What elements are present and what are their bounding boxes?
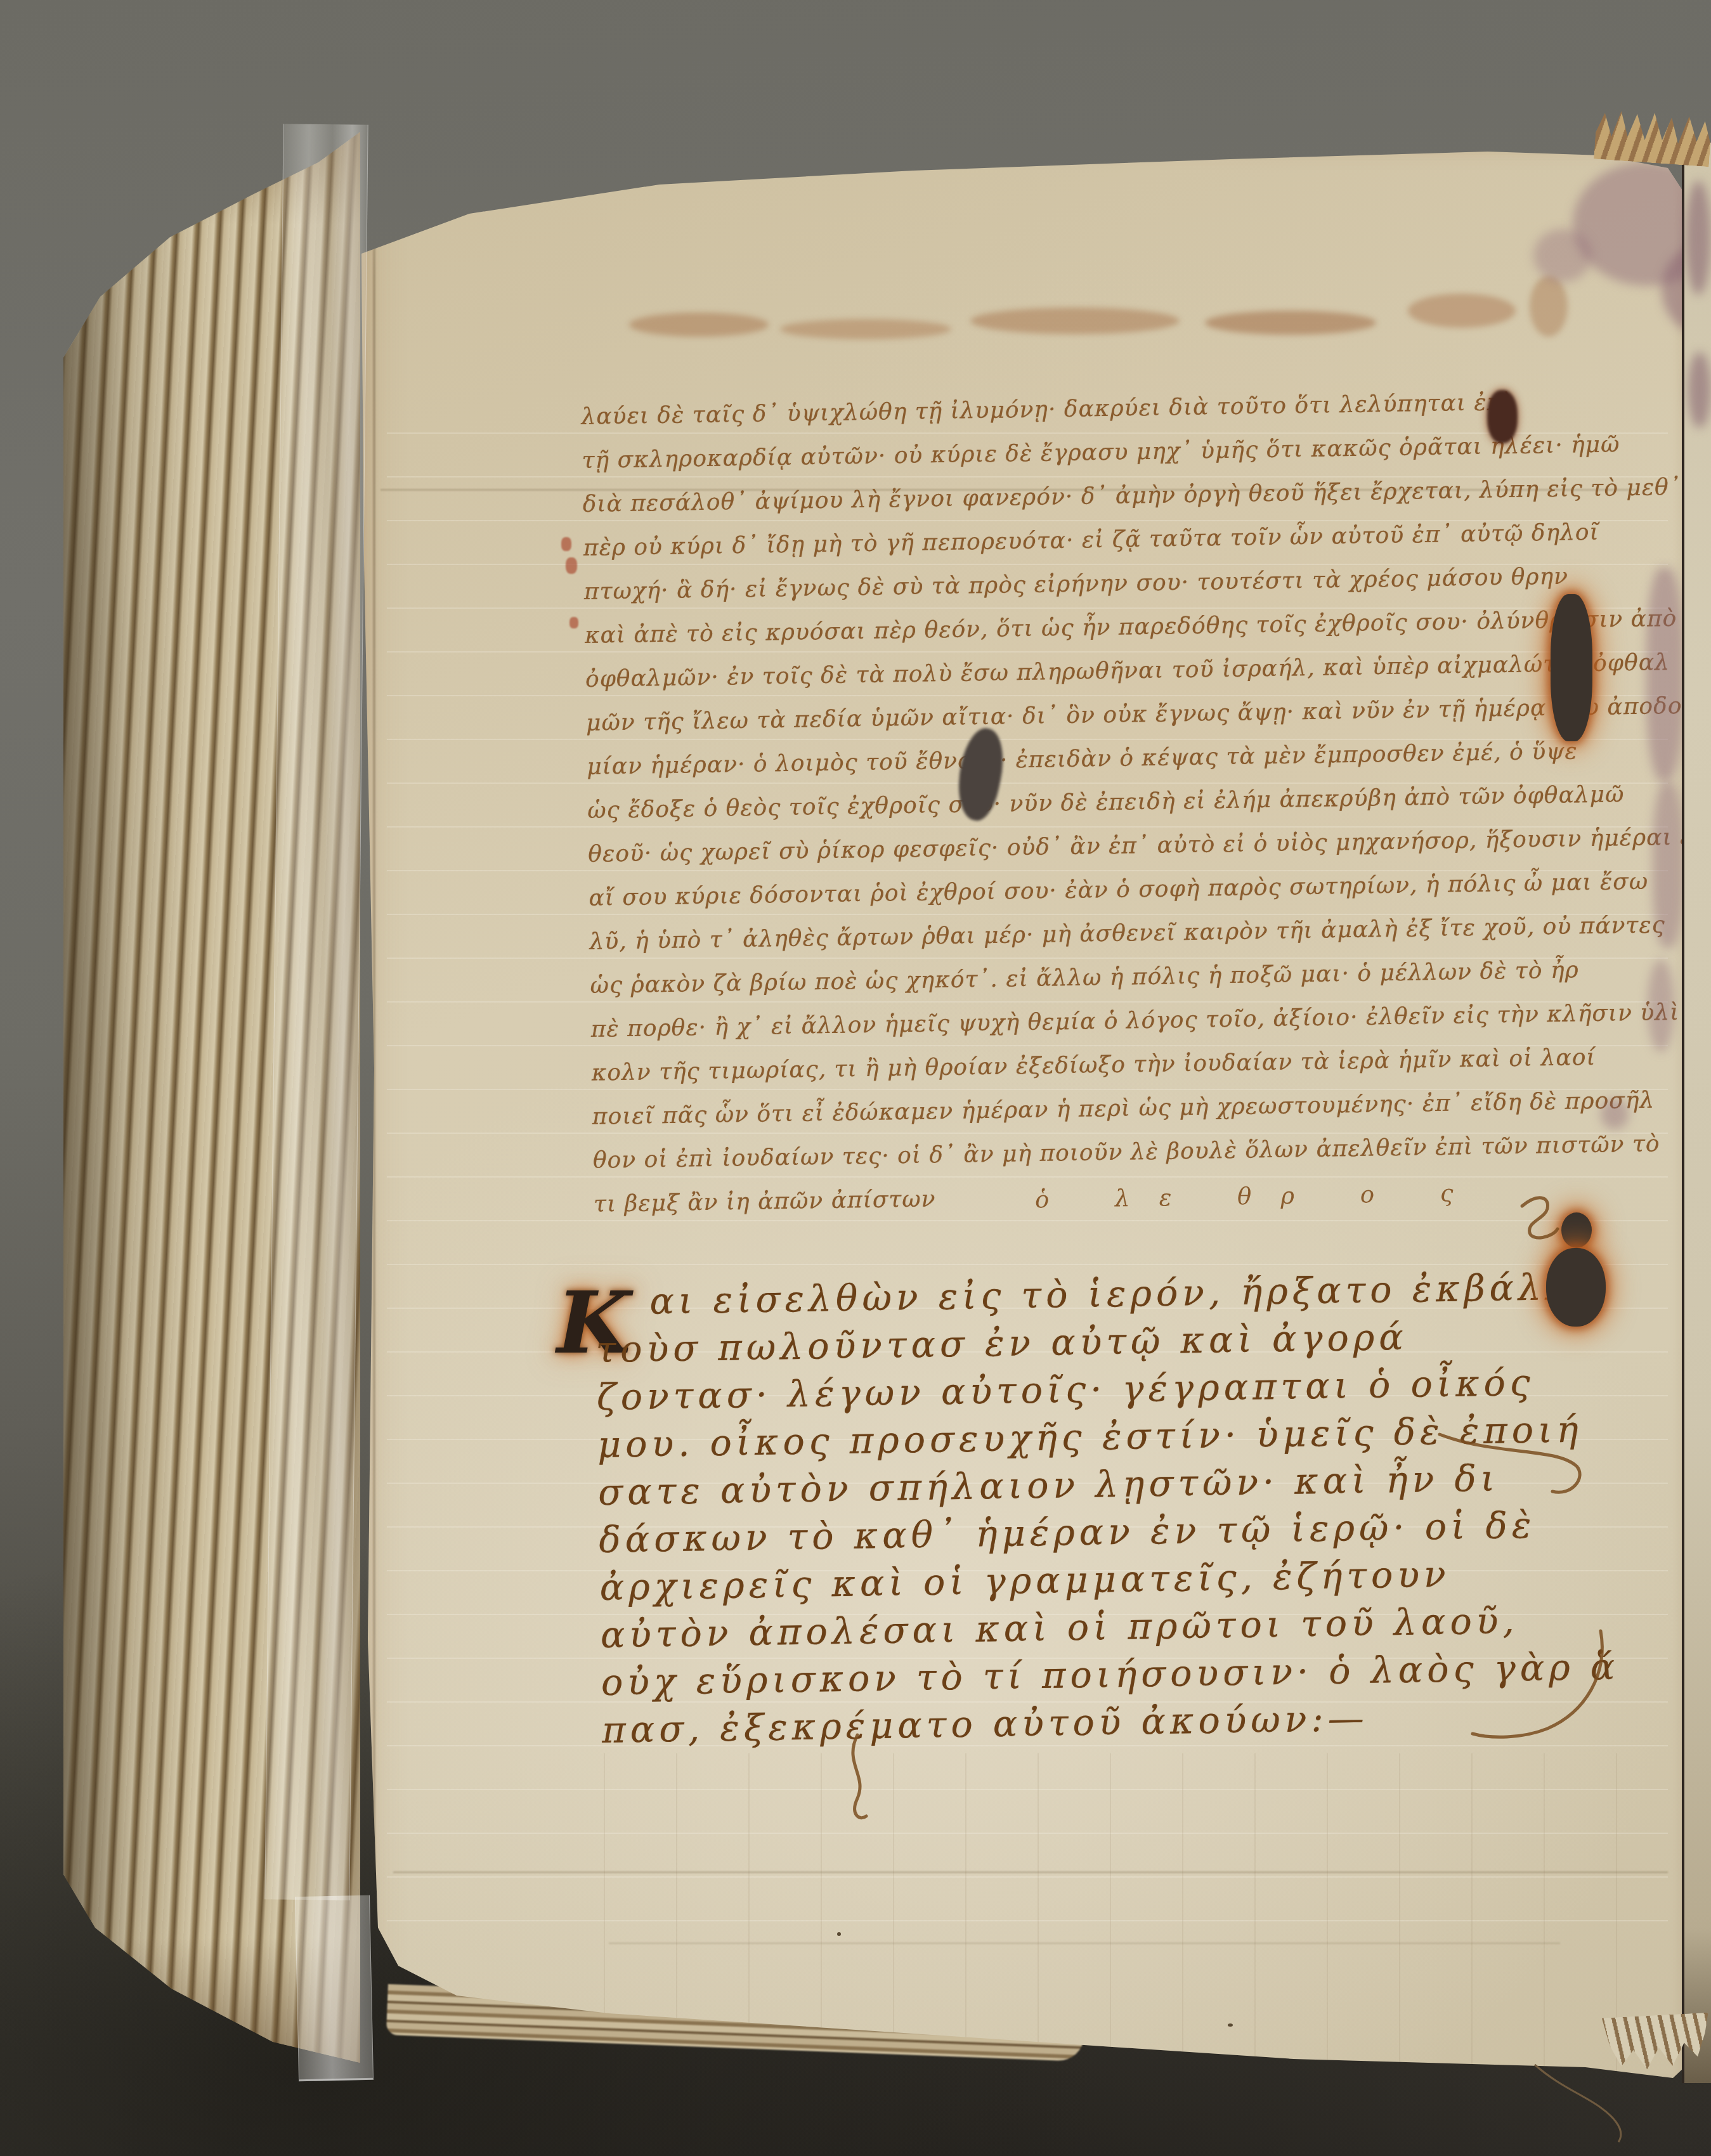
commentary-text-block: λαύει δὲ ταῖς δ᾽ ὑψιχλώθη τῇ ἰλυμόνῃ· δα… — [581, 378, 1665, 1226]
red-margin-mark — [561, 537, 571, 551]
parchment-page: λαύει δὲ ταῖς δ᾽ ὑψιχλώθη τῇ ἰλυμόνῃ· δα… — [342, 117, 1711, 2124]
speck — [837, 1932, 841, 1936]
gutter-crease — [373, 117, 375, 2124]
hanging-thread — [1535, 2065, 1621, 2142]
purple-stain-streak — [1653, 782, 1683, 948]
frayed-endband — [1594, 101, 1711, 167]
faded-title-remnant — [1408, 294, 1516, 328]
purple-stain — [1686, 181, 1711, 295]
horizontal-crease — [393, 1871, 1668, 1873]
manuscript-photo: λαύει δὲ ταῖς δ᾽ ὑψιχλώθη τῇ ἰλυμόνῃ· δα… — [0, 0, 1711, 2156]
ink-blot-line1-end — [1487, 390, 1518, 443]
red-margin-mark — [566, 557, 577, 574]
faded-title-remnant — [780, 319, 951, 339]
burn-mark-theta — [1546, 1248, 1606, 1327]
speck — [1228, 2023, 1233, 2027]
faded-title-remnant — [629, 313, 769, 337]
repair-tape-bottom — [295, 1895, 374, 2081]
purple-stain-streak — [1648, 959, 1674, 1052]
faded-title-remnant — [1205, 311, 1376, 335]
purple-stain — [1688, 352, 1711, 428]
faded-title-remnant — [1530, 276, 1568, 337]
horizontal-crease — [609, 1942, 1560, 1944]
burn-mark-theta-top — [1561, 1212, 1592, 1248]
purple-stain-streak — [1646, 568, 1683, 781]
purple-stain — [1533, 229, 1592, 282]
purple-stain-dot — [1601, 1099, 1629, 1129]
faded-title-remnant — [970, 308, 1180, 334]
vertical-score-lines — [533, 1753, 1649, 2108]
gospel-text-block: αι εἰσελθὼν εἰς τὸ ἱερόν, ἤρξατο ἐκβάλλτ… — [595, 1263, 1617, 1755]
next-leaf-fore-edge — [1682, 143, 1711, 2083]
burn-mark-right-margin — [1551, 594, 1592, 741]
red-margin-mark — [569, 617, 578, 628]
